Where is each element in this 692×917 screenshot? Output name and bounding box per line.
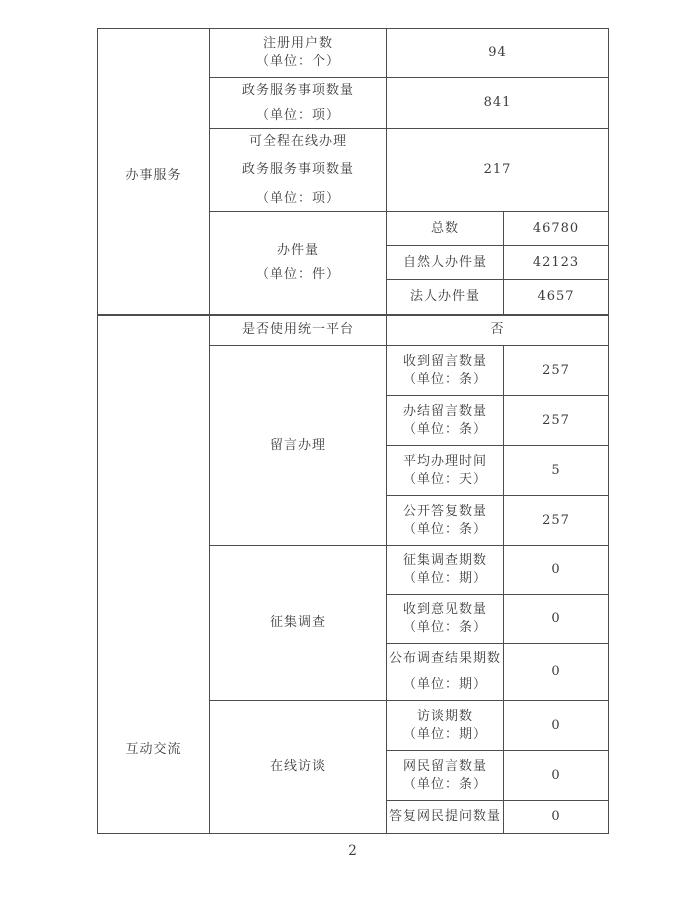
cell-public-replies: 公开答复数量 （单位：条） [387, 496, 504, 546]
cell-case-volume-unit: （单位：件） [210, 266, 386, 284]
value-opinions-received: 0 [504, 595, 609, 644]
cell-interview-periods: 访谈期数 （单位：期） [387, 701, 504, 751]
value-public-replies: 257 [504, 496, 609, 546]
value-survey-periods: 0 [504, 546, 609, 595]
cell-survey-results-published-unit: （单位：期） [387, 676, 503, 694]
value-netizen-questions-answered: 0 [504, 801, 609, 834]
cell-avg-processing-time-label: 平均办理时间 [403, 454, 487, 469]
cell-netizen-messages-unit: （单位：条） [387, 776, 503, 794]
cell-messages-completed-unit: （单位：条） [387, 421, 503, 439]
section-label-interaction: 互动交流 [98, 315, 210, 834]
cell-survey-results-published: 公布调查结果期数 （单位：期） [387, 644, 504, 701]
cell-survey-periods-unit: （单位：期） [387, 570, 503, 588]
value-avg-processing-time: 5 [504, 446, 609, 496]
cell-opinions-received-unit: （单位：条） [387, 619, 503, 637]
cell-survey-periods-label: 征集调查期数 [403, 553, 487, 568]
cell-avg-processing-time-unit: （单位：天） [387, 471, 503, 489]
group-message-handling: 留言办理 [210, 346, 387, 546]
cell-netizen-messages: 网民留言数量 （单位：条） [387, 751, 504, 801]
cell-service-items-label: 政务服务事项数量 [242, 83, 354, 98]
cell-total-label: 总数 [387, 212, 504, 246]
cell-messages-received-label: 收到留言数量 [403, 354, 487, 369]
cell-avg-processing-time: 平均办理时间 （单位：天） [387, 446, 504, 496]
report-page: 办事服务 注册用户数 （单位：个） 94 政务服务事项数量 （单位：项） 841… [0, 0, 692, 917]
cell-case-volume-label: 办件量 [277, 243, 319, 258]
cell-registered-users-label: 注册用户数 [263, 36, 333, 51]
cell-case-volume: 办件量 （单位：件） [210, 212, 387, 315]
cell-public-replies-label: 公开答复数量 [403, 504, 487, 519]
value-netizen-messages: 0 [504, 751, 609, 801]
cell-interview-periods-label: 访谈期数 [417, 709, 473, 724]
cell-messages-received-unit: （单位：条） [387, 371, 503, 389]
cell-legal-person-label: 法人办件量 [387, 280, 504, 315]
cell-online-items: 可全程在线办理 政务服务事项数量 （单位：项） [210, 129, 387, 212]
page-number: 2 [97, 843, 608, 859]
cell-natural-person-label: 自然人办件量 [387, 246, 504, 280]
value-messages-completed: 257 [504, 396, 609, 446]
value-interview-periods: 0 [504, 701, 609, 751]
section-label-service: 办事服务 [98, 29, 210, 315]
cell-interview-periods-unit: （单位：期） [387, 726, 503, 744]
cell-registered-users: 注册用户数 （单位：个） [210, 29, 387, 78]
group-survey: 征集调查 [210, 546, 387, 701]
value-total: 46780 [504, 212, 609, 246]
value-service-items: 841 [387, 78, 609, 129]
value-online-items: 217 [387, 129, 609, 212]
report-table: 办事服务 注册用户数 （单位：个） 94 政务服务事项数量 （单位：项） 841… [97, 28, 609, 834]
cell-online-items-label2: 政务服务事项数量 [210, 161, 386, 179]
cell-online-items-label1: 可全程在线办理 [210, 133, 386, 151]
group-interview: 在线访谈 [210, 701, 387, 834]
value-messages-received: 257 [504, 346, 609, 396]
cell-messages-completed-label: 办结留言数量 [403, 404, 487, 419]
value-natural-person: 42123 [504, 246, 609, 280]
cell-unified-platform-label: 是否使用统一平台 [210, 315, 387, 346]
cell-netizen-questions-answered-label: 答复网民提问数量 [387, 801, 504, 834]
cell-messages-completed: 办结留言数量 （单位：条） [387, 396, 504, 446]
value-survey-results-published: 0 [504, 644, 609, 701]
cell-service-items: 政务服务事项数量 （单位：项） [210, 78, 387, 129]
cell-survey-results-published-label: 公布调查结果期数 [389, 651, 501, 666]
value-unified-platform: 否 [387, 315, 609, 346]
cell-service-items-unit: （单位：项） [210, 107, 386, 125]
cell-survey-periods: 征集调查期数 （单位：期） [387, 546, 504, 595]
cell-opinions-received-label: 收到意见数量 [403, 602, 487, 617]
section-interaction-text: 互动交流 [98, 389, 209, 759]
cell-netizen-messages-label: 网民留言数量 [403, 759, 487, 774]
cell-opinions-received: 收到意见数量 （单位：条） [387, 595, 504, 644]
value-legal-person: 4657 [504, 280, 609, 315]
cell-public-replies-unit: （单位：条） [387, 521, 503, 539]
cell-registered-users-unit: （单位：个） [210, 53, 386, 71]
value-registered-users: 94 [387, 29, 609, 78]
section-service-text: 办事服务 [98, 157, 209, 185]
cell-online-items-unit: （单位：项） [210, 190, 386, 208]
cell-messages-received: 收到留言数量 （单位：条） [387, 346, 504, 396]
